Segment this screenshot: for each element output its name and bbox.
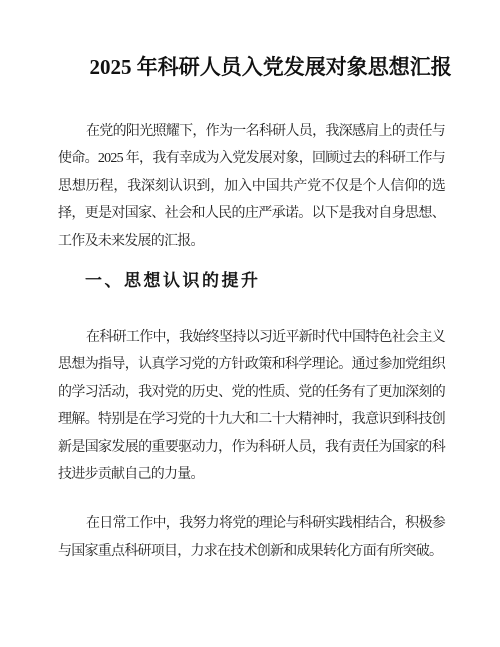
document-page: 2025 年科研人员入党发展对象思想汇报 在党的阳光照耀下，作为一名科研人员，我… bbox=[0, 0, 500, 647]
section-1-paragraph-2: 在日常工作中，我努力将党的理论与科研实践相结合，积极参与国家重点科研项目，力求在… bbox=[58, 510, 445, 565]
intro-paragraph: 在党的阳光照耀下，作为一名科研人员，我深感肩上的责任与使命。2025 年，我有幸… bbox=[58, 118, 445, 255]
section-1-heading: 一、思想认识的提升 bbox=[58, 267, 445, 294]
section-1-paragraph-1: 在科研工作中，我始终坚持以习近平新时代中国特色社会主义思想为指导，认真学习党的方… bbox=[58, 324, 445, 488]
document-title: 2025 年科研人员入党发展对象思想汇报 bbox=[58, 52, 445, 82]
